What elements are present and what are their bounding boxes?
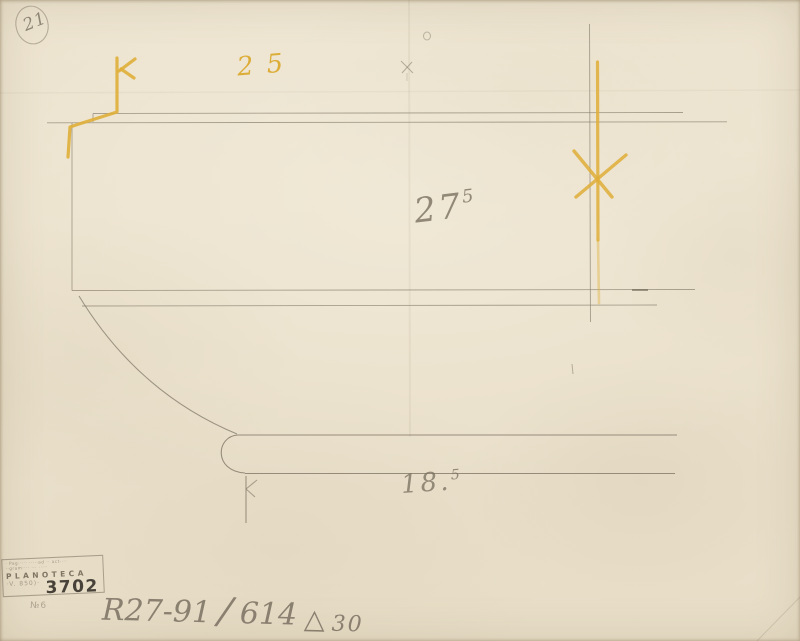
reference-handwriting: R27-91 / 614 △ 30 — [102, 593, 365, 635]
pencil-tick-mark — [572, 364, 573, 374]
triangle-mark: △ — [304, 604, 326, 636]
dimension-bottom-185: 18.5 — [400, 466, 461, 500]
drawing-linework — [0, 0, 800, 641]
dimension-bottom-sup: 5 — [450, 467, 460, 484]
profile-curve — [79, 296, 237, 434]
registration-cross-mark — [401, 61, 413, 81]
stamp-number: 3702 — [45, 576, 99, 598]
dimension-top-25: 25 — [236, 47, 297, 82]
upper-profile-outline — [47, 113, 727, 307]
dimension-middle-main: 27 — [412, 186, 466, 232]
archive-stamp: · Pag····· ·····ad ·· act···· ··gram····… — [1, 555, 105, 597]
reference-part-1: R27-91 — [102, 593, 212, 631]
dimension-middle-sup: 5 — [461, 185, 475, 207]
stamp-secondary-number: №6 — [30, 601, 47, 611]
paper-creases — [0, 0, 800, 641]
dimension-middle-275: 275 — [412, 184, 477, 231]
reference-part-2: 614 — [239, 596, 297, 632]
pencil-k-mark — [246, 476, 257, 523]
crayon-k-mark — [68, 58, 135, 157]
drawing-sheet: 21 25 275 18.5 · Pag····· ·····ad ·· act… — [0, 0, 800, 641]
reference-part-3: 30 — [331, 612, 364, 638]
dimension-bottom-main: 18. — [400, 467, 452, 500]
registration-circle-mark — [424, 32, 431, 40]
reference-slash: / — [217, 595, 234, 626]
crayon-x-mark — [574, 151, 626, 197]
